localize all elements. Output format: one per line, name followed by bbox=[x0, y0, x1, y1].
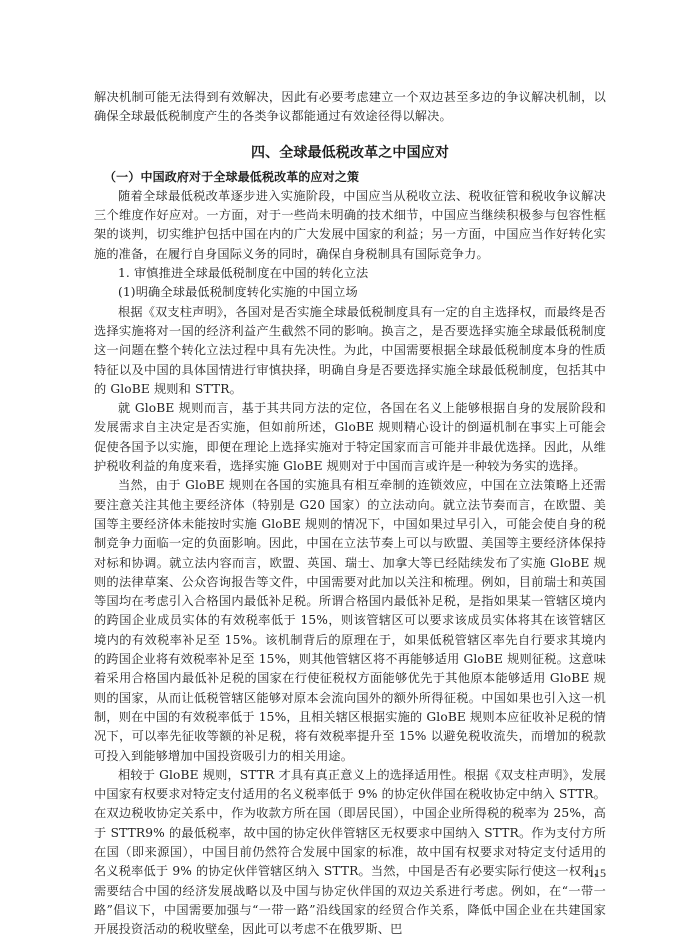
paragraph: 相较于 GloBE 规则，STTR 才具有真正意义上的选择适用性。根据《双支柱声… bbox=[94, 766, 606, 940]
subsection-title: （一）中国政府对于全球最低税改革的应对之策 bbox=[94, 168, 606, 187]
paragraph: 当然，由于 GloBE 规则在各国的实施具有相互牵制的连锁效应，中国在立法策略上… bbox=[94, 476, 606, 765]
paragraph: 随着全球最低税改革逐步进入实施阶段，中国应当从税收立法、税收征管和税收争议解决三… bbox=[94, 187, 606, 264]
page-number: 115 bbox=[560, 866, 606, 881]
document-page: 解决机制可能无法得到有效解决，因此有必要考虑建立一个双边甚至多边的争议解决机制，… bbox=[94, 88, 606, 939]
section-title: 四、全球最低税改革之中国应对 bbox=[94, 142, 606, 164]
numbered-heading: 1. 审慎推进全球最低税制度在中国的转化立法 bbox=[94, 264, 606, 283]
continuation-paragraph: 解决机制可能无法得到有效解决，因此有必要考虑建立一个双边甚至多边的争议解决机制，… bbox=[94, 88, 606, 127]
sub-numbered-heading: (1)明确全球最低税制度转化实施的中国立场 bbox=[94, 283, 606, 302]
paragraph: 就 GloBE 规则而言，基于其共同方法的定位，各国在名义上能够根据自身的发展阶… bbox=[94, 399, 606, 476]
paragraph: 根据《双支柱声明》，各国对是否实施全球最低税制度具有一定的自主选择权，而最终是否… bbox=[94, 303, 606, 399]
